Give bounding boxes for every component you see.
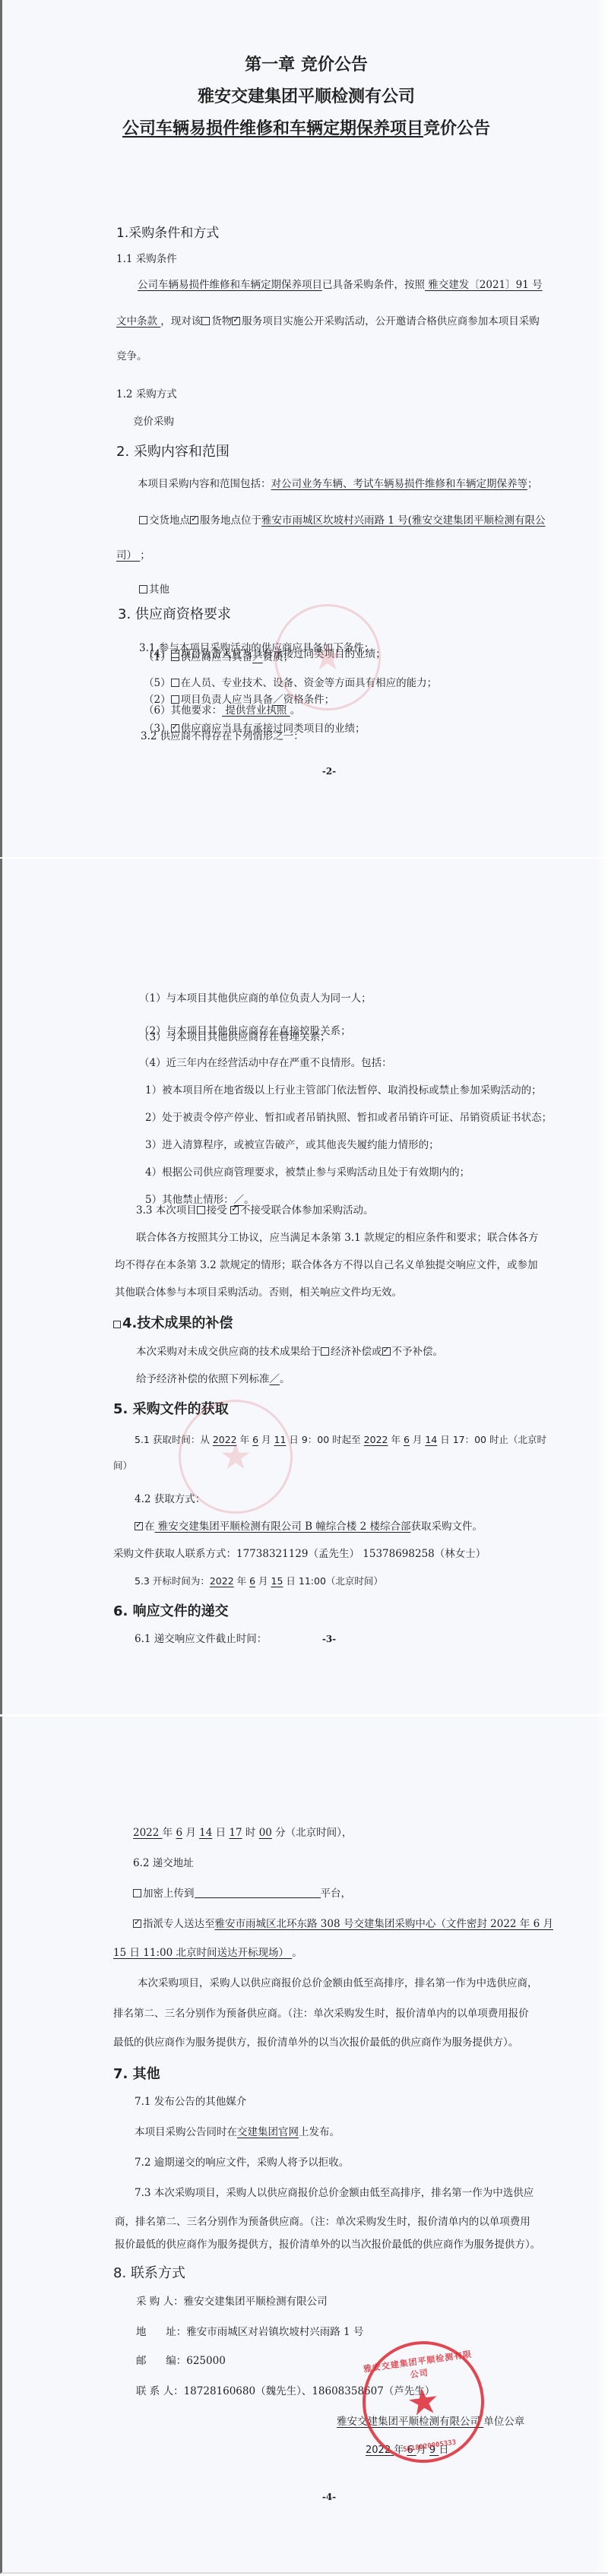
- consortium-line-3: 其他联合体参与本项目采购活动。否则，相关响应文件均无效。: [115, 1286, 402, 1299]
- checkbox-goods: [201, 317, 210, 325]
- text: 分（北京时间），: [272, 1827, 353, 1839]
- service-address: 雅安市雨城区坎坡村兴雨路 1 号(雅安交建集团平顺检测有限公: [261, 514, 545, 527]
- faint-stamp: ★: [274, 604, 381, 710]
- section-5-1-time-cont: 间）: [113, 1459, 132, 1473]
- text: 日 9：00 时起至: [286, 1434, 363, 1445]
- text: 3.3 本次项目: [136, 1204, 197, 1217]
- section-2-line-3: 司） ；: [116, 549, 150, 562]
- end-month: 6: [404, 1434, 410, 1445]
- exclusion-4-3: 3）进入清算程序，或被宣告破产，或其他丧失履约能力情形的；: [145, 1138, 439, 1152]
- page-number: -4-: [2, 2492, 608, 2502]
- exclusion-4-1: 1）被本项目所在地省级以上行业主管部门依法暂停、取消投标或禁止参加采购活动的；: [145, 1084, 542, 1097]
- section-7-3-line-2: 商，排名第二、三名分别作为预备供应商。（注：单次采购发生时，报价清单内的以单项费…: [115, 2215, 530, 2229]
- section-1-2-heading: 1.2 采购方式: [116, 388, 177, 401]
- project-title-suffix: 竞价公告: [423, 119, 490, 138]
- text: 服务地点位于: [200, 514, 261, 527]
- text: （5）: [144, 677, 171, 689]
- text: 年: [388, 1434, 403, 1445]
- platform-blank: [195, 1887, 321, 1898]
- text: 加密上传到: [143, 1888, 195, 1900]
- text: 时: [242, 1827, 259, 1839]
- section-2-line-1: 本项目采购内容和范围包括：对公司业务车辆、考试车辆易损件维修和车辆定期保养等；: [138, 477, 538, 491]
- open-day: 15: [271, 1575, 283, 1587]
- section-7-1-line: 本项目采购公告同时在交建集团官网上发布。: [135, 2125, 340, 2139]
- text: 在: [144, 1521, 155, 1533]
- text: 本次采购对未成交供应商的技术成果给于: [136, 1346, 321, 1358]
- checkbox-service: [232, 317, 240, 325]
- text: （6）其他要求：: [144, 704, 222, 717]
- checkbox-other: [139, 585, 147, 593]
- page-number: -2-: [2, 766, 608, 777]
- section-2-heading: 2. 采购内容和范围: [116, 441, 230, 460]
- text: 日 11:00（北京时间）: [283, 1575, 382, 1587]
- deadline-month: 6: [176, 1827, 182, 1839]
- contact-postcode: 邮 编：625000: [136, 2354, 226, 2368]
- text: 服务项目实施公开采购活动，公开邀请合格供应商参加本项目采购: [242, 315, 540, 328]
- text: 获取采购文件。: [410, 1521, 483, 1533]
- text: 接受: [207, 1204, 227, 1217]
- section-3-heading: 3. 供应商资格要求: [118, 603, 231, 623]
- star-icon: ★: [219, 1438, 252, 1475]
- section-4-line-2: 给予经济补偿的依照下列标准／。: [136, 1372, 290, 1386]
- deliver-option-cont: 15 日 11:00 北京时间送达开标现场） 。: [113, 1946, 302, 1960]
- submission-deadline: 2022 年 6 月 14 日 17 时 00 分（北京时间），: [133, 1826, 352, 1840]
- text: （4）: [144, 648, 171, 660]
- deliver-option: 指派专人送达至雅安市雨城区北环东路 308 号交建集团采购中心（文件密封 202…: [133, 1917, 553, 1931]
- text: 月: [182, 1827, 199, 1839]
- section-5-3-opening-time: 5.3 开标时间为：2022 年 6 月 15 日 11:00（北京时间）: [135, 1574, 383, 1588]
- checkbox-no-compensation: [382, 1347, 391, 1356]
- value: 雅安交建集团平顺检测有限公司: [184, 2296, 328, 2308]
- business-license: 提供营业执照: [222, 704, 290, 717]
- section-1-1-line-1: 公司车辆易损件维修和车辆定期保养项目已具备采购条件，按照 雅交建发〔2021〕9…: [138, 278, 543, 292]
- text: 其他: [149, 584, 169, 596]
- label: 采 购 人：: [136, 2296, 184, 2308]
- exclusion-4-2: 2）处于被责令停产停业、暂扣或者吊销执照、暂扣或者吊销许可证、吊销资质证书状态；: [145, 1111, 552, 1125]
- label: 邮 编：: [136, 2355, 186, 2367]
- publishing-site: 交建集团官网: [237, 2126, 299, 2138]
- exclusion-4-4: 4）根据公司供应商管理要求，被禁止参与采购活动且处于有效期内的；: [145, 1166, 470, 1179]
- section-7-heading: 7. 其他: [113, 2063, 160, 2083]
- checkbox-req-5: [171, 679, 179, 687]
- consortium-line-1: 联合体各方按照其分工协议，应当满足本条第 3.1 款规定的相应条件和要求；联合体…: [136, 1231, 539, 1245]
- section-3-2-intro: 3.2 供应商不得存在下列情形之一：: [141, 729, 304, 743]
- scope-value: 对公司业务车辆、考试车辆易损件维修和车辆定期保养等: [271, 478, 528, 490]
- ranking-line-3: 最低的供应商作为服务提供方，报价清单外的以当次报价最低的供应商作为服务提供方）。: [113, 2036, 518, 2049]
- text: 月: [410, 1434, 425, 1445]
- checkbox-req-2: [171, 695, 179, 704]
- section-2-line-2: 交货地点服务地点位于雅安市雨城区坎坡村兴雨路 1 号(雅安交建集团平顺检测有限公: [139, 514, 545, 527]
- open-year: 2022: [210, 1575, 234, 1587]
- text: 经济补偿或: [331, 1346, 382, 1358]
- page-number: -3-: [2, 1634, 608, 1644]
- checkbox-deliver-in-person: [133, 1919, 141, 1928]
- text: ，现对该: [160, 315, 201, 328]
- text: 上发布。: [299, 2126, 340, 2138]
- document-page-4: 2022 年 6 月 14 日 17 时 00 分（北京时间）， 6.2 递交地…: [0, 1717, 608, 2574]
- ranking-line-2: 排名第二、三名分别作为预备供应商。（注：单次采购发生时，报价清单内的以单项费用报…: [113, 2007, 529, 2021]
- star-icon: ★: [311, 639, 344, 676]
- section-7-3-line-3: 报价最低的供应商作为服务提供方，报价清单外的以当次报价最低的供应商作为服务提供方…: [115, 2238, 540, 2252]
- section-7-1-heading: 7.1 发布公告的其他媒介: [135, 2095, 246, 2109]
- section-6-heading: 6. 响应文件的递交: [113, 1600, 229, 1620]
- reference-doc: 雅交建发〔2021〕91 号: [425, 279, 543, 291]
- reference-doc-cont: 文中条款: [116, 315, 160, 328]
- text: 货物: [211, 315, 232, 328]
- checkbox-req-4: [171, 650, 179, 658]
- upload-option: 加密上传到平台，: [133, 1887, 351, 1900]
- section-1-1-heading: 1.1 采购条件: [116, 252, 177, 266]
- checkbox-reject-consortium: [230, 1206, 239, 1214]
- faint-stamp: ★: [179, 1400, 293, 1514]
- text: 4.技术成果的补偿: [122, 1315, 233, 1331]
- checkbox-delivery-location: [139, 516, 147, 524]
- project-name: 公司车辆易损件维修和车辆定期保养项目: [138, 279, 322, 291]
- text: 给予经济补偿的依照下列标准: [136, 1373, 270, 1385]
- value: 雅安市雨城区对岩镇坎坡村兴雨路 1 号: [186, 2326, 363, 2338]
- company-title: 雅安交建集团平顺检测有公司: [2, 84, 608, 107]
- star-icon: ★: [404, 2381, 442, 2423]
- ranking-line-1: 本次采购项目，采购人以供应商报价总价金额由低至高排序，排名第一作为中选供应商，: [138, 1976, 538, 1990]
- section-7-2: 7.2 逾期递交的响应文件，采购人将予以拒收。: [135, 2156, 349, 2169]
- text: 。: [280, 1373, 290, 1385]
- section-4-2-line: 在 雅安交建集团平顺检测有限公司 B 幢综合楼 2 楼综合部获取采购文件。: [135, 1520, 483, 1533]
- section-2-line-4: 其他: [139, 583, 169, 597]
- section-4-heading: 4.技术成果的补偿: [113, 1312, 233, 1332]
- document-contact: 采购文件获取人联系方式：17738321129（孟先生） 15378698258…: [113, 1547, 486, 1561]
- deadline-minute: 00: [259, 1827, 272, 1839]
- deadline-day: 14: [199, 1827, 212, 1839]
- service-address-cont: 司）: [116, 549, 140, 562]
- label: 地 址：: [136, 2326, 186, 2338]
- section-4-line-1: 本次采购对未成交供应商的技术成果给于经济补偿或不予补偿。: [136, 1345, 443, 1359]
- checkbox-economic-compensation: [321, 1347, 329, 1356]
- text: 不接受联合体参加采购活动。: [240, 1204, 374, 1217]
- text: 单位公章: [483, 2416, 524, 2428]
- blank: ／: [270, 1373, 280, 1385]
- text: 日 17：00 时止（北京时: [437, 1434, 546, 1445]
- delivery-address: 雅安市雨城区北环东路 308 号交建集团采购中心（文件密封 2022 年 6 月: [215, 1918, 553, 1930]
- contact-purchaser: 采 购 人：雅安交建集团平顺检测有限公司: [136, 2295, 328, 2309]
- exclusion-4: （4）近三年内在经营活动中存在严重不良情形。包括：: [139, 1056, 392, 1070]
- chapter-title: 第一章 竞价公告: [2, 52, 608, 75]
- checkbox-accept-consortium: [197, 1206, 205, 1214]
- checkbox-service-location: [190, 516, 198, 524]
- section-1-1-line-2: 文中条款 ，现对该货物服务项目实施公开采购活动，公开邀请合格供应商参加本项目采购: [116, 315, 540, 328]
- section-1-1-line-3: 竞争。: [116, 350, 147, 363]
- section-8-heading: 8. 联系方式: [113, 2262, 185, 2282]
- text: 。: [292, 1947, 302, 1959]
- checkbox-encrypted-upload: [133, 1889, 141, 1897]
- contact-address: 地 址：雅安市雨城区对岩镇坎坡村兴雨路 1 号: [136, 2325, 363, 2339]
- document-page-3: （1）与本项目其他供应商的单位负责人为同一人； （2）与本项目其他供应商存在直接…: [0, 859, 608, 1714]
- text: ；: [527, 478, 538, 490]
- value: 625000: [186, 2355, 226, 2367]
- text: 交货地点: [149, 514, 190, 527]
- label: 联 系 人：: [136, 2385, 184, 2397]
- section-3-3: 3.3 本次项目接受 不接受联合体参加采购活动。: [136, 1204, 374, 1217]
- end-day: 14: [425, 1434, 437, 1445]
- consortium-line-2: 均不得存在本条第 3.2 款规定的情形；联合体各方不得以自己名义单独提交响应文件…: [115, 1258, 538, 1272]
- deadline-year: 2022: [133, 1827, 163, 1839]
- text: 月: [255, 1575, 271, 1587]
- checkbox-section-4: [113, 1321, 121, 1328]
- text: 已具备采购条件，按照: [322, 279, 425, 291]
- exclusion-3: （3）与本项目其他供应商存在管理关系；: [139, 1030, 331, 1044]
- section-7-3-line-1: 7.3 本次采购项目，采购人以供应商报价总价金额由低至高排序，排名第一作为中选供…: [135, 2186, 534, 2200]
- text: 年: [163, 1827, 176, 1839]
- text: 本项目采购公告同时在: [135, 2126, 237, 2138]
- obtain-location: 雅安交建集团平顺检测有限公司 B 幢综合楼 2 楼综合部: [155, 1521, 411, 1533]
- seal-code: 5118020005333: [372, 2435, 487, 2458]
- text: 指派专人送达至: [143, 1918, 215, 1930]
- project-title-name: 公司车辆易损件维修和车辆定期保养项目: [122, 119, 423, 138]
- section-6-2-heading: 6.2 递交地址: [133, 1856, 194, 1870]
- text: 年: [234, 1575, 249, 1587]
- requirement-6: （6）其他要求： 提供营业执照 。: [144, 704, 300, 717]
- text: 本项目采购内容和范围包括：: [138, 478, 271, 490]
- document-page-2: 第一章 竞价公告 雅安交建集团平顺检测有公司 公司车辆易损件维修和车辆定期保养项…: [0, 0, 608, 857]
- procurement-method: 竞价采购: [133, 415, 174, 429]
- project-title: 公司车辆易损件维修和车辆定期保养项目竞价公告: [2, 116, 608, 139]
- text: 平台，: [321, 1888, 352, 1900]
- company-seal: 雅安交建集团平顺检测有限公司 ★ 5118020005333: [355, 2334, 492, 2471]
- deadline-hour: 17: [229, 1827, 242, 1839]
- checkbox-obtain-onsite: [135, 1522, 143, 1530]
- section-1-heading: 1.采购条件和方式: [116, 222, 219, 241]
- delivery-address-cont: 15 日 11:00 北京时间送达开标现场）: [113, 1947, 292, 1959]
- text: 。: [290, 704, 301, 717]
- open-month: 6: [249, 1575, 255, 1587]
- exclusion-1: （1）与本项目其他供应商的单位负责人为同一人；: [139, 992, 372, 1005]
- text: 日: [212, 1827, 229, 1839]
- text: 不予补偿。: [392, 1346, 444, 1358]
- text: 5.3 开标时间为：: [135, 1575, 210, 1587]
- text: ；: [140, 549, 150, 562]
- end-year: 2022: [364, 1434, 388, 1445]
